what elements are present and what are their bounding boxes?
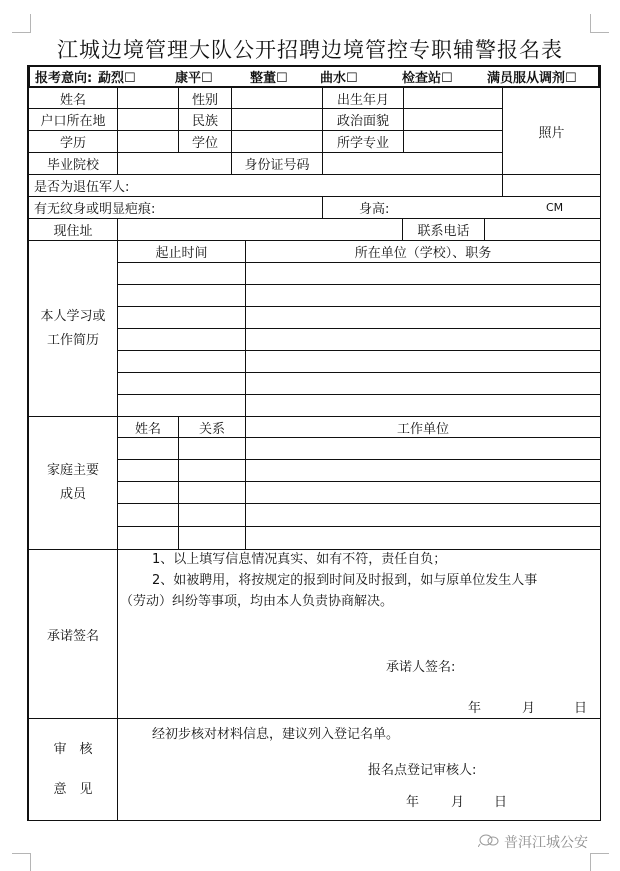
form-title: 江城边境管理大队公开招聘边境管控专职辅警报名表 [0, 34, 620, 64]
page-corner-mark [590, 853, 609, 871]
school-field[interactable] [117, 152, 232, 175]
resume-section-label: 本人学习或 工作简历 [28, 240, 118, 417]
family-section-label: 家庭主要 成员 [28, 416, 118, 550]
ethnicity-field[interactable] [231, 108, 323, 131]
wechat-icon [478, 833, 500, 851]
resume-unit-field[interactable] [245, 350, 601, 373]
resume-period-field[interactable] [117, 284, 246, 307]
watermark-text: 普洱江城公安 [504, 832, 588, 852]
family-employer-field[interactable] [245, 526, 601, 550]
phone-label: 联系电话 [402, 218, 485, 241]
height-label: 身高: [359, 198, 389, 217]
pledge-section-label: 承诺签名 [28, 549, 118, 719]
review-date-day: 日 [494, 792, 507, 813]
political-label: 政治面貌 [322, 108, 404, 131]
option-zhengdong[interactable]: 整董☐ [250, 67, 288, 86]
family-employer-field[interactable] [245, 481, 601, 504]
hukou-label: 户口所在地 [28, 108, 118, 131]
political-field[interactable] [403, 108, 503, 131]
review-statement: 经初步核对材料信息，建议列入登记名单。 [152, 724, 399, 745]
birth-field[interactable] [403, 87, 503, 109]
veteran-field[interactable]: 是否为退伍军人: [28, 174, 503, 197]
page-corner-mark [12, 853, 31, 871]
pledge-date-year: 年 [468, 698, 481, 719]
tattoo-field[interactable]: 有无纹身或明显疤痕: [28, 196, 323, 219]
id-number-field[interactable] [322, 152, 503, 175]
family-relation-field[interactable] [178, 526, 246, 550]
resume-header-period: 起止时间 [117, 240, 246, 263]
resume-period-field[interactable] [117, 262, 246, 285]
option-accept-reassignment[interactable]: 满员服从调剂☐ [487, 67, 577, 86]
resume-period-field[interactable] [117, 306, 246, 329]
review-reviewer-label: 报名点登记审核人: [368, 760, 476, 781]
phone-field[interactable] [484, 218, 601, 241]
family-relation-field[interactable] [178, 481, 246, 504]
family-header-name: 姓名 [117, 416, 179, 438]
family-header-employer: 工作单位 [245, 416, 601, 438]
review-date-month: 月 [451, 792, 464, 813]
pledge-line-3: （劳动）纠纷等事项，均由本人负责协商解决。 [120, 591, 393, 612]
ethnicity-label: 民族 [178, 108, 232, 131]
height-field[interactable]: 身高: CM [322, 196, 601, 219]
pledge-signer-label: 承诺人签名: [386, 657, 455, 678]
family-relation-field[interactable] [178, 459, 246, 482]
hukou-field[interactable] [117, 108, 179, 131]
id-number-label: 身份证号码 [231, 152, 323, 175]
family-name-field[interactable] [117, 526, 179, 550]
family-name-field[interactable] [117, 481, 179, 504]
birth-label: 出生年月 [322, 87, 404, 109]
resume-unit-field[interactable] [245, 328, 601, 351]
education-field[interactable] [117, 130, 179, 153]
resume-period-field[interactable] [117, 328, 246, 351]
resume-period-field[interactable] [117, 350, 246, 373]
gender-field[interactable] [231, 87, 323, 109]
major-field[interactable] [403, 130, 503, 153]
family-name-field[interactable] [117, 503, 179, 527]
pledge-line-2: 2、如被聘用，将按规定的报到时间及时报到，如与原单位发生人事 [152, 570, 537, 591]
photo-box[interactable]: 照片 [502, 87, 601, 175]
gender-label: 性别 [178, 87, 232, 109]
name-field[interactable] [117, 87, 179, 109]
watermark: 普洱江城公安 [478, 832, 588, 852]
review-section-label: 审 核 意 见 [28, 718, 118, 821]
family-relation-field[interactable] [178, 437, 246, 460]
resume-unit-field[interactable] [245, 284, 601, 307]
degree-field[interactable] [231, 130, 323, 153]
option-menglie[interactable]: 勐烈☐ [98, 67, 136, 86]
option-qushui[interactable]: 曲水☐ [320, 67, 358, 86]
resume-unit-field[interactable] [245, 372, 601, 395]
school-label: 毕业院校 [28, 152, 118, 175]
degree-label: 学位 [178, 130, 232, 153]
name-label: 姓名 [28, 87, 118, 109]
intention-label: 报考意向: [35, 67, 92, 86]
height-unit: CM [546, 201, 563, 214]
family-employer-field[interactable] [245, 437, 601, 460]
page-corner-mark [12, 14, 31, 33]
option-checkpoint[interactable]: 检查站☐ [402, 67, 453, 86]
address-label: 现住址 [28, 218, 118, 241]
page-corner-mark [590, 14, 609, 33]
photo-box-lower [502, 174, 601, 197]
resume-unit-field[interactable] [245, 394, 601, 417]
family-header-relation: 关系 [178, 416, 246, 438]
address-field[interactable] [117, 218, 403, 241]
resume-header-unit: 所在单位（学校）、职务 [245, 240, 601, 263]
option-kangping[interactable]: 康平☐ [175, 67, 213, 86]
review-date-year: 年 [406, 792, 419, 813]
intention-row: 报考意向: 勐烈☐ 康平☐ 整董☐ 曲水☐ 检查站☐ 满员服从调剂☐ [28, 65, 600, 87]
resume-unit-field[interactable] [245, 306, 601, 329]
family-employer-field[interactable] [245, 459, 601, 482]
family-employer-field[interactable] [245, 503, 601, 527]
family-name-field[interactable] [117, 459, 179, 482]
pledge-line-1: 1、以上填写信息情况真实、如有不符，责任自负； [152, 549, 446, 570]
resume-period-field[interactable] [117, 394, 246, 417]
pledge-date-day: 日 [574, 698, 587, 719]
family-name-field[interactable] [117, 437, 179, 460]
major-label: 所学专业 [322, 130, 404, 153]
education-label: 学历 [28, 130, 118, 153]
pledge-date-month: 月 [522, 698, 535, 719]
resume-period-field[interactable] [117, 372, 246, 395]
resume-unit-field[interactable] [245, 262, 601, 285]
family-relation-field[interactable] [178, 503, 246, 527]
